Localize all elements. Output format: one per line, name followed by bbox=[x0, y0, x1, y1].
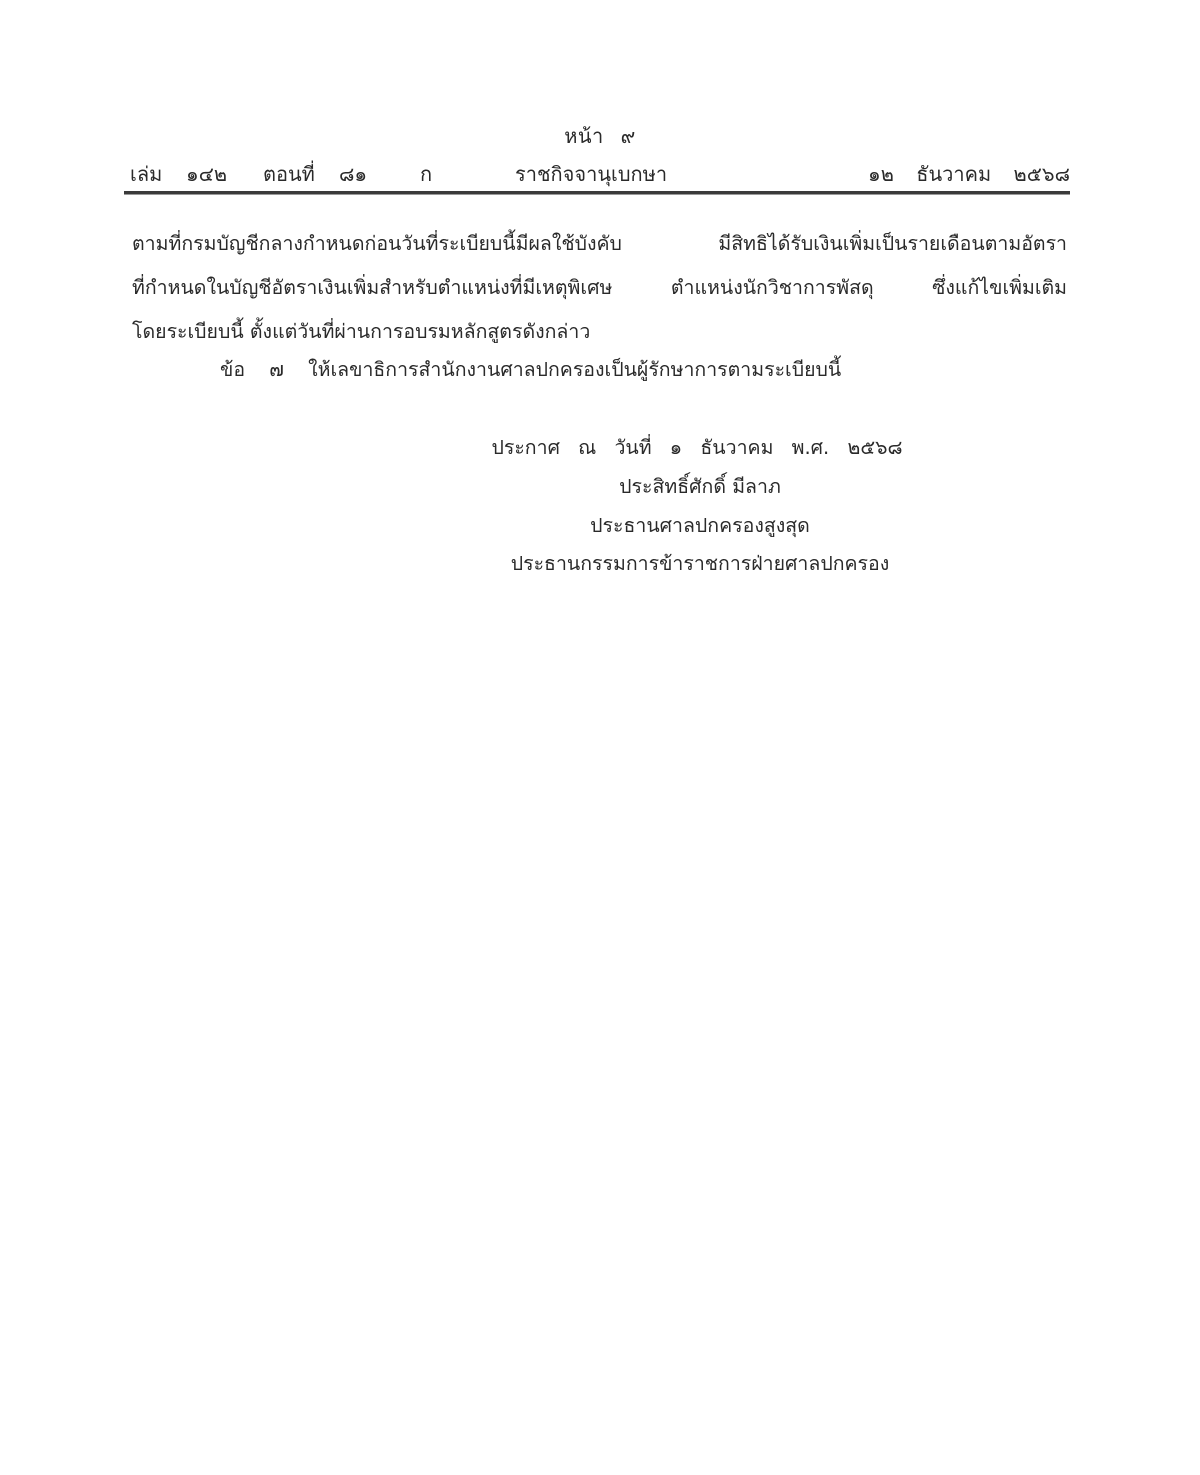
clause-text: ให้เลขาธิการสำนักงานศาลปกครองเป็นผู้รักษ… bbox=[308, 358, 841, 381]
clause-7: ข้อ ๗ ให้เลขาธิการสำนักงานศาลปกครองเป็นผ… bbox=[220, 354, 841, 385]
section-label: ตอนที่ bbox=[263, 158, 315, 190]
page-label: หน้า bbox=[564, 124, 604, 148]
date-year: ๒๕๖๘ bbox=[1014, 162, 1070, 186]
section-type: ก bbox=[420, 158, 432, 190]
at-label: ณ bbox=[578, 436, 596, 459]
clause-label: ข้อ bbox=[220, 358, 245, 381]
volume-label: เล่ม bbox=[130, 158, 162, 190]
section-number: ๘๑ bbox=[339, 158, 367, 190]
body-line: ที่กำหนดในบัญชีอัตราเงินเพิ่มสำหรับตำแหน… bbox=[132, 272, 1067, 303]
date-month: ธันวาคม bbox=[916, 162, 991, 186]
date-day: ๑๒ bbox=[868, 162, 894, 186]
day-label: วันที่ bbox=[614, 436, 651, 459]
volume-number: ๑๔๒ bbox=[186, 158, 227, 190]
gazette-header: เล่ม ๑๔๒ ตอนที่ ๘๑ ก ราชกิจจานุเบกษา ๑๒ … bbox=[130, 158, 1070, 188]
publication-name: ราชกิจจานุเบกษา bbox=[515, 158, 667, 190]
signatory-name: ประสิทธิ์ศักดิ์ มีลาภ bbox=[400, 471, 1000, 502]
announced-label: ประกาศ bbox=[491, 436, 559, 459]
publication-date: ๑๒ ธันวาคม ๒๕๖๘ bbox=[868, 158, 1070, 190]
signatory-title: ประธานศาลปกครองสูงสุด bbox=[400, 510, 1000, 541]
clause-number: ๗ bbox=[269, 358, 284, 381]
body-line: ตามที่กรมบัญชีกลางกำหนดก่อนวันที่ระเบียบ… bbox=[132, 228, 1067, 259]
page-number-value: ๙ bbox=[621, 124, 636, 148]
announcement-month: ธันวาคม bbox=[700, 436, 773, 459]
announcement-day: ๑ bbox=[670, 436, 682, 459]
header-divider bbox=[124, 191, 1070, 195]
gazette-page: หน้า ๙ เล่ม ๑๔๒ ตอนที่ ๘๑ ก ราชกิจจานุเบ… bbox=[0, 0, 1200, 1475]
announcement-year: ๒๕๖๘ bbox=[847, 436, 902, 459]
page-number: หน้า ๙ bbox=[0, 120, 1200, 152]
signatory-title: ประธานกรรมการข้าราชการฝ่ายศาลปกครอง bbox=[400, 548, 1000, 579]
era-label: พ.ศ. bbox=[792, 436, 830, 459]
body-line: โดยระเบียบนี้ ตั้งแต่วันที่ผ่านการอบรมหล… bbox=[132, 316, 1067, 347]
announcement-date: ประกาศ ณ วันที่ ๑ ธันวาคม พ.ศ. ๒๕๖๘ bbox=[397, 432, 997, 463]
